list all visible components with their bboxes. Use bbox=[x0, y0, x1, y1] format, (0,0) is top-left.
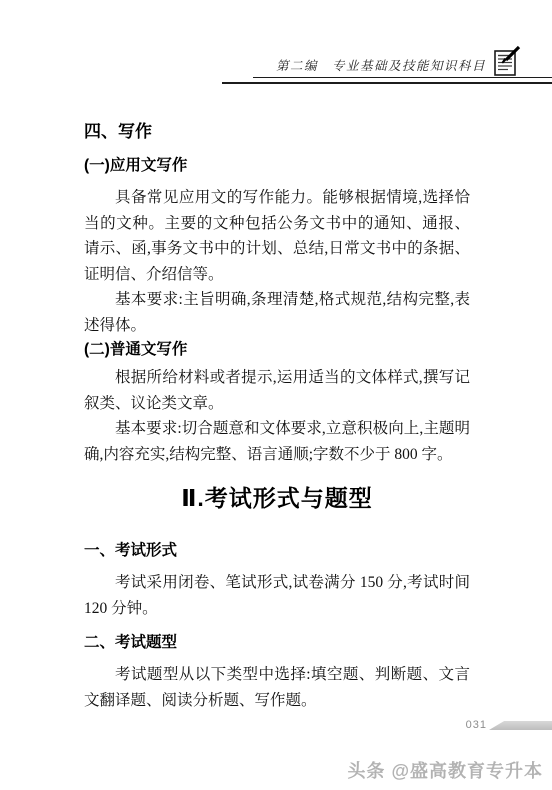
page-number: 031 bbox=[466, 719, 487, 731]
page-number-bar bbox=[489, 721, 552, 730]
paragraph-general-writing-ability: 根据所给材料或者提示,运用适当的文体样式,撰写记叙类、议论类文章。 bbox=[84, 365, 470, 416]
section-heading-question-types: 二、考试题型 bbox=[84, 633, 470, 652]
document-page: 第二编 专业基础及技能知识科目 四、写作 (一)应用文写作 具备常见应用文的写作… bbox=[0, 0, 552, 790]
page-body: 四、写作 (一)应用文写作 具备常见应用文的写作能力。能够根据情境,选择恰当的文… bbox=[84, 83, 470, 713]
paragraph-applied-writing-ability: 具备常见应用文的写作能力。能够根据情境,选择恰当的文种。主要的文种包括公务文书中… bbox=[84, 185, 470, 287]
header-rule-top bbox=[253, 77, 552, 78]
part-heading-exam-format: Ⅱ.考试形式与题型 bbox=[84, 483, 470, 513]
subsection-heading-general-writing: (二)普通文写作 bbox=[84, 340, 470, 359]
paragraph-question-types: 考试题型从以下类型中选择:填空题、判断题、文言文翻译题、阅读分析题、写作题。 bbox=[84, 662, 470, 713]
notebook-pen-icon bbox=[492, 45, 522, 77]
watermark-text: 头条 @盛高教育专升本 bbox=[347, 757, 543, 783]
paragraph-applied-writing-requirements: 基本要求:主旨明确,条理清楚,格式规范,结构完整,表述得体。 bbox=[84, 287, 470, 338]
section-heading-writing: 四、写作 bbox=[84, 121, 470, 142]
section-heading-exam-form: 一、考试形式 bbox=[84, 541, 470, 560]
header-title: 第二编 专业基础及技能知识科目 bbox=[276, 56, 486, 74]
paragraph-general-writing-requirements: 基本要求:切合题意和文体要求,立意积极向上,主题明确,内容充实,结构完整、语言通… bbox=[84, 416, 470, 467]
paragraph-exam-form: 考试采用闭卷、笔试形式,试卷满分 150 分,考试时间 120 分钟。 bbox=[84, 570, 470, 621]
subsection-heading-applied-writing: (一)应用文写作 bbox=[84, 156, 470, 175]
